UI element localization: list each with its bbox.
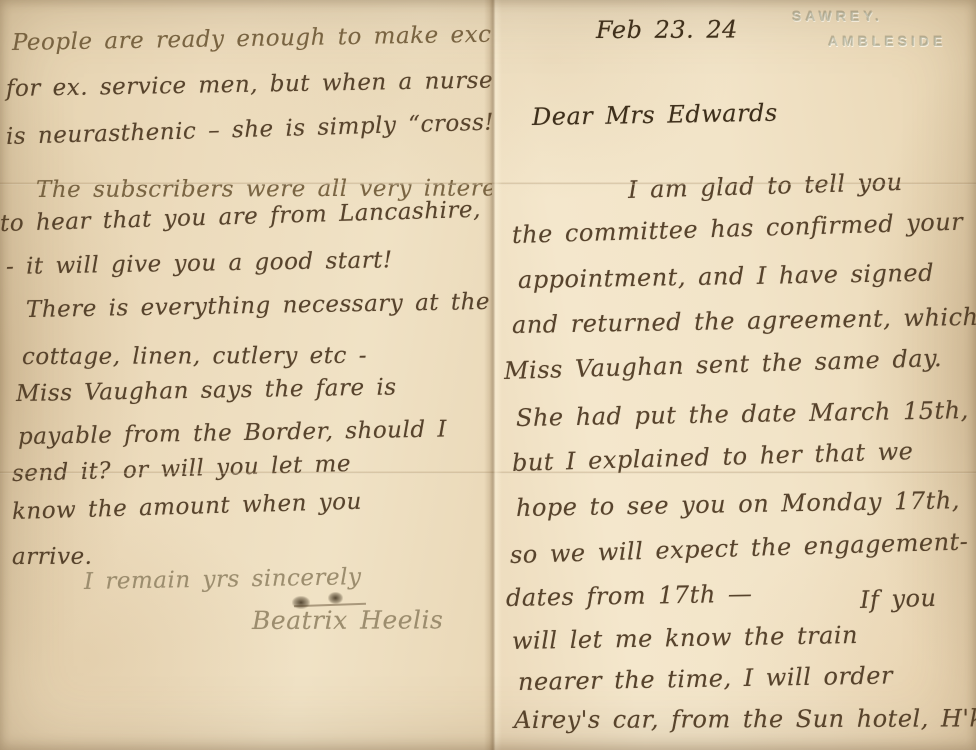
letterhead-line-ambleside: AMBLESIDE	[828, 33, 946, 49]
handwritten-line: send it? or will you let me	[12, 451, 352, 487]
handwritten-line: hope to see you on Monday 17th,	[516, 486, 960, 522]
embossed-letterhead: SAWREY. AMBLESIDE	[792, 8, 946, 49]
handwritten-line: and returned the agreement, which	[512, 303, 976, 339]
handwritten-line: I am glad to tell you	[628, 168, 903, 204]
letter-page-left: People are ready enough to make excuses …	[0, 0, 492, 750]
handwritten-line: There is everything necessary at the	[26, 289, 490, 323]
handwritten-line: People are ready enough to make excuses	[12, 21, 492, 56]
handwritten-line: Miss Vaughan says the fare is	[16, 374, 397, 407]
handwritten-line: is neurasthenic – she is simply “cross!”	[6, 109, 492, 150]
handwritten-line: payable from the Border, should I	[18, 417, 447, 450]
handwritten-line: appointment, and I have signed	[518, 259, 934, 294]
handwritten-line: the committee has confirmed your	[512, 208, 964, 249]
handwritten-line: - it will give you a good start!	[6, 247, 393, 280]
handwritten-line: She had put the date March 15th,	[516, 396, 969, 432]
handwritten-line: Airey's car, from the Sun hotel, H'kshea…	[514, 704, 976, 734]
handwritten-line: Miss Vaughan sent the same day.	[504, 344, 943, 385]
handwritten-letter-photo: People are ready enough to make excuses …	[0, 0, 976, 750]
handwritten-line: arrive.	[12, 544, 93, 570]
salutation-line: Dear Mrs Edwards	[532, 99, 778, 131]
ink-blot	[328, 592, 343, 604]
handwritten-line: dates from 17th —	[506, 580, 753, 612]
handwritten-line: for ex. service men, but when a nurse	[6, 67, 492, 101]
handwritten-line: but I explained to her that we	[512, 437, 914, 477]
handwritten-line: nearer the time, I will order	[518, 661, 893, 696]
handwritten-line: so we will expect the engagement-	[510, 527, 969, 569]
handwritten-line: If you	[860, 584, 937, 614]
date-line: Feb 23. 24	[596, 16, 738, 44]
handwritten-line: will let me know the train	[512, 621, 858, 655]
closing-line: I remain yrs sincerely	[84, 564, 362, 595]
handwritten-line: know the amount when you	[12, 489, 363, 525]
letter-page-right: SAWREY. AMBLESIDE Feb 23. 24 Dear Mrs Ed…	[492, 0, 976, 750]
letterhead-line-sawrey: SAWREY.	[792, 8, 946, 24]
signature-line: Beatrix Heelis	[252, 605, 443, 635]
handwritten-line: cottage, linen, cutlery etc -	[22, 343, 367, 370]
